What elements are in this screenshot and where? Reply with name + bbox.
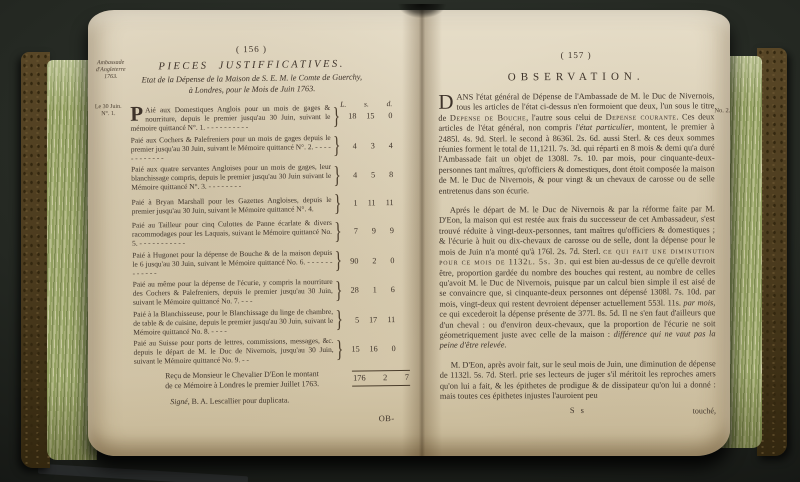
entry-amount-livres: 15	[346, 345, 360, 354]
total-livres: 176	[353, 374, 366, 383]
entry-amount: 2816	[345, 285, 395, 295]
entry-text: Paié aux quatre servantes Angloises pour…	[131, 162, 331, 192]
text-segment-italic: par mois	[683, 298, 713, 307]
total-deniers: 7	[405, 373, 409, 382]
text-segment-italic: l'état particulier	[575, 123, 631, 132]
entry-brace: }	[332, 104, 340, 128]
entry-amount-deniers: 11	[380, 198, 394, 207]
header-deniers: d.	[387, 99, 393, 108]
text-segment-normal: M. D'Eon, après avoir fait, sur le seul …	[440, 359, 716, 401]
entry-brace: }	[334, 219, 342, 243]
entry-amount: 18150	[342, 111, 392, 121]
paragraph-drop-cap: D	[438, 93, 456, 111]
signature-label: Signé,	[170, 397, 189, 406]
entry-amount: 799	[344, 226, 394, 236]
receipt-row: Reçu de Monsieur le Chevalier D'Eon le m…	[146, 368, 422, 391]
expense-entry: Paié à Hugonet pour la dépense de Bouche…	[132, 247, 394, 278]
entry-text: Paié à Bryan Marshall pour les Gazettes …	[131, 194, 331, 215]
entry-amount: 434	[343, 141, 393, 151]
entry-amount-livres: 90	[344, 256, 358, 265]
header-livres: L.	[340, 100, 346, 109]
entry-amount: 458	[343, 170, 393, 180]
observation-paragraphs: DANS l'état général de Dépense de l'Amba…	[438, 91, 716, 402]
entry-brace: }	[336, 337, 344, 361]
entry-brace: }	[335, 278, 343, 302]
entry-amount-sols: 15	[360, 111, 374, 120]
text-segment-smallcaps: Depense de Bouche	[450, 113, 526, 122]
entry-amount-sols: 9	[362, 226, 376, 235]
entry-text: Paié aux Cochers & Palefreniers pour un …	[131, 132, 331, 162]
entry-amount-livres: 18	[342, 112, 356, 121]
total-amount: 176 2 7	[352, 369, 410, 386]
entry-amount-sols: 11	[362, 198, 376, 207]
right-page-footer: S s touché,	[440, 406, 716, 419]
receipt-line-2: de ce Mémoire à Londres le premier Juill…	[146, 378, 338, 390]
left-page: ( 156 ) Ambassade d'Angleterre 1763. Le …	[85, 8, 423, 459]
entry-amount-deniers: 0	[380, 256, 394, 265]
entry-amount-livres: 4	[343, 141, 357, 150]
entry-text: Paié au Suisse pour ports de lettres, co…	[133, 336, 333, 366]
observation-paragraph: Aprés le départ de M. le Duc de Nivernoi…	[439, 204, 716, 351]
entry-brace: }	[335, 308, 343, 332]
pieces-justificatives-title: PIECES JUSTIFFICATIVES.	[86, 58, 418, 74]
entry-amount-deniers: 0	[378, 111, 392, 120]
entry-text: Paié au même pour la dépense de l'écurie…	[133, 277, 333, 307]
expense-entry: Paié au Tailleur pour cinq Culottes de P…	[132, 217, 394, 248]
expense-entry: Paié à la Blanchisseuse, pour le Blanchi…	[133, 306, 395, 337]
entry-amount-deniers: 11	[381, 315, 395, 324]
margin-note-ambassade: Ambassade d'Angleterre 1763.	[92, 60, 130, 82]
entry-text: PAié aux Domestiques Anglois pour un moi…	[130, 103, 330, 133]
entry-amount-livres: 5	[345, 315, 359, 324]
amount-columns-header: L. s. d.	[340, 99, 392, 109]
entry-amount-sols: 1	[363, 285, 377, 294]
entry-amount-livres: 28	[345, 286, 359, 295]
signature-mark: S s	[440, 406, 716, 416]
left-page-number: ( 156 )	[85, 8, 418, 57]
entry-amount-livres: 4	[343, 171, 357, 180]
expense-entry: Paié aux quatre servantes Angloises pour…	[131, 161, 393, 192]
entry-amount-deniers: 6	[381, 285, 395, 294]
entry-text: Paié au Tailleur pour cinq Culottes de P…	[132, 218, 332, 248]
observation-paragraph: DANS l'état général de Dépense de l'Amba…	[438, 91, 715, 197]
observation-heading: OBSERVATION.	[423, 70, 729, 84]
left-catchword: OB-	[91, 414, 395, 427]
entry-amount-livres: 7	[344, 227, 358, 236]
entry-amount-livres: 1	[344, 199, 358, 208]
expense-entry: Paié aux Cochers & Palefreniers pour un …	[131, 132, 393, 163]
observation-paragraph: M. D'Eon, après avoir fait, sur le seul …	[440, 359, 716, 402]
entry-brace: }	[334, 191, 342, 215]
entry-amount-sols: 2	[362, 256, 376, 265]
entry-brace: }	[333, 134, 341, 158]
entry-amount: 51711	[345, 315, 395, 325]
entry-amount-deniers: 9	[380, 226, 394, 235]
text-segment-smallcaps: Depense courante	[606, 112, 677, 121]
entry-amount-sols: 3	[361, 141, 375, 150]
right-page: ( 157 ) OBSERVATION. No. 2. DANS l'état …	[423, 9, 731, 457]
expense-entry: Paié au même pour la dépense de l'écurie…	[133, 276, 395, 307]
entry-brace: }	[334, 249, 342, 273]
expense-entry: Paié au Suisse pour ports de lettres, co…	[133, 335, 395, 366]
text-segment-normal: , l'autre sous celui de	[526, 113, 606, 122]
entry-amount: 9020	[344, 256, 394, 266]
entry-text: Paié à Hugonet pour la dépense de Bouche…	[132, 247, 332, 277]
entry-amount-deniers: 0	[382, 344, 396, 353]
entry-amount-sols: 16	[364, 344, 378, 353]
entry-amount-deniers: 8	[379, 170, 393, 179]
total-sols: 2	[383, 373, 387, 382]
text-segment-normal: , montent, le premier à 2485l. 4s. 9d. S…	[438, 122, 714, 195]
book-photograph: ( 156 ) Ambassade d'Angleterre 1763. Le …	[0, 0, 800, 482]
margin-note-date: Le 30 Juin. N°. 1.	[90, 104, 126, 119]
expense-entries: L. s. d. PAié aux Domestiques Anglois po…	[130, 102, 396, 366]
expense-entry: Paié à Bryan Marshall pour les Gazettes …	[131, 191, 393, 219]
entry-amount-deniers: 4	[379, 141, 393, 150]
right-page-number: ( 157 )	[423, 9, 729, 61]
entry-amount: 15160	[346, 344, 396, 354]
entry-amount: 11111	[344, 198, 394, 208]
signature-line: Signé, B. A. Lescallier pour duplicata.	[170, 394, 422, 407]
entry-text: Paié à la Blanchisseuse, pour le Blanchi…	[133, 306, 333, 336]
right-catchword: touché,	[693, 407, 716, 416]
signature-text: B. A. Lescallier pour duplicata.	[192, 396, 290, 406]
entry-drop-cap: P	[130, 106, 145, 123]
leather-cover-left	[21, 52, 50, 468]
table-edge	[38, 464, 248, 482]
entry-amount-sols: 5	[361, 170, 375, 179]
entry-amount-sols: 17	[363, 315, 377, 324]
entry-brace: }	[333, 163, 341, 187]
header-sols: s.	[364, 99, 369, 108]
